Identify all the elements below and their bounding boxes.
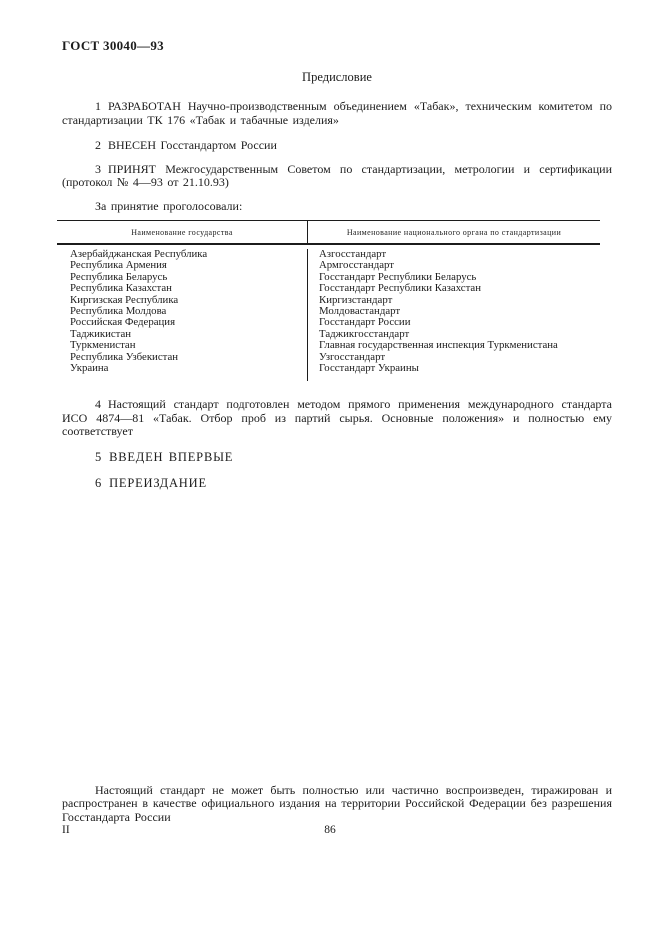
- clause-3: 3ПРИНЯТ Межгосударственным Советом по ст…: [62, 163, 612, 190]
- table-row: УкраинаГосстандарт Украины: [57, 363, 600, 374]
- clause-4-text: Настоящий стандарт подготовлен методом п…: [62, 397, 612, 438]
- table-row: ТуркменистанГлавная государственная инсп…: [57, 340, 600, 351]
- page-number: 86: [48, 824, 612, 837]
- page-footer: II 86: [62, 824, 612, 837]
- clause-3-number: 3: [95, 162, 108, 176]
- clause-4-number: 4: [95, 397, 108, 411]
- clause-6-text: ПЕРЕИЗДАНИЕ: [109, 476, 207, 490]
- clause-5: 5ВВЕДЕН ВПЕРВЫЕ: [62, 451, 612, 465]
- clause-4: 4Настоящий стандарт подготовлен методом …: [62, 398, 612, 439]
- state-name-cell: Туркменистан: [57, 340, 307, 351]
- table-body: Азербайджанская РеспубликаАзгосстандарт …: [57, 245, 600, 381]
- state-name-cell: Украина: [57, 363, 307, 374]
- standards-body-column-header: Наименование национального органа по ста…: [307, 221, 600, 243]
- clause-2-number: 2: [95, 138, 108, 152]
- table-divider-tail: [57, 374, 600, 381]
- vote-intro: За принятие проголосовали:: [62, 200, 612, 214]
- state-column-header: Наименование государства: [57, 221, 307, 243]
- clause-2: 2ВНЕСЕН Госстандартом России: [62, 139, 612, 153]
- clause-3-text: ПРИНЯТ Межгосударственным Советом по ста…: [62, 162, 612, 190]
- voting-table: Наименование государства Наименование на…: [57, 220, 600, 381]
- page-title: Предисловие: [62, 70, 612, 85]
- clause-1: 1РАЗРАБОТАН Научно-производственным объе…: [62, 100, 612, 127]
- clause-6: 6ПЕРЕИЗДАНИЕ: [62, 477, 612, 491]
- clause-6-number: 6: [95, 476, 109, 490]
- clause-1-text: РАЗРАБОТАН Научно-производственным объед…: [62, 99, 612, 127]
- copyright-notice: Настоящий стандарт не может быть полност…: [62, 784, 612, 825]
- table-row: Республика КазахстанГосстандарт Республи…: [57, 283, 600, 294]
- clause-2-text: ВНЕСЕН Госстандартом России: [108, 138, 277, 152]
- standards-body-cell: Госстандарт Украины: [307, 363, 600, 374]
- document-page: ГОСТ 30040—93 Предисловие 1РАЗРАБОТАН На…: [0, 0, 661, 936]
- standards-body-cell: Госстандарт Республики Казахстан: [307, 283, 600, 294]
- state-name-cell: Республика Казахстан: [57, 283, 307, 294]
- clause-1-number: 1: [95, 99, 108, 113]
- clause-5-number: 5: [95, 450, 109, 464]
- standards-body-cell: Главная государственная инспекция Туркме…: [307, 340, 600, 351]
- document-code: ГОСТ 30040—93: [62, 38, 612, 54]
- sheet-roman-numeral: II: [62, 824, 70, 837]
- clause-5-text: ВВЕДЕН ВПЕРВЫЕ: [109, 450, 233, 464]
- table-header-row: Наименование государства Наименование на…: [57, 221, 600, 245]
